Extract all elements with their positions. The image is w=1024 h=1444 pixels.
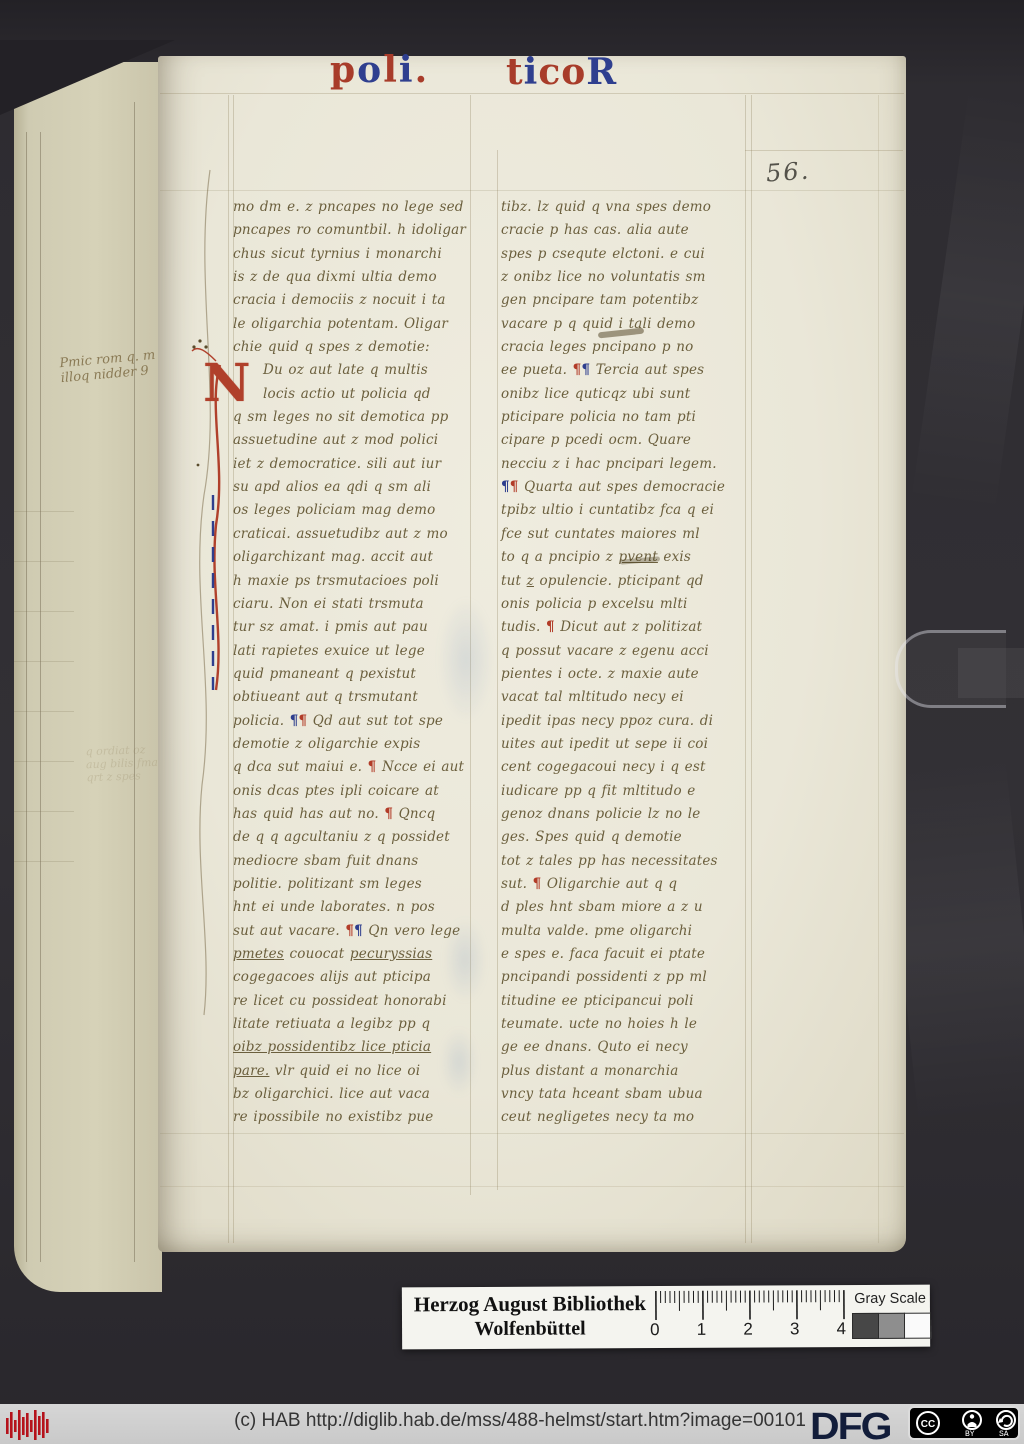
ruling-line bbox=[160, 1186, 904, 1187]
manuscript-line: le oligarchia potentam. Oligar bbox=[233, 313, 473, 336]
rubric-letter: . bbox=[415, 52, 428, 88]
ruling-line bbox=[878, 95, 879, 1243]
manuscript-line: obtiueant aut q trsmutant bbox=[233, 686, 473, 709]
manuscript-line: fce sut cuntates maiores ml bbox=[501, 523, 753, 546]
manuscript-line: is z de qua dixmi ultia demo bbox=[233, 266, 473, 289]
text-column-right: tibz. lz quid q vna spes democracie p ha… bbox=[501, 196, 753, 1130]
book-page-stack-edge bbox=[14, 62, 162, 1292]
institution-line1: Herzog August Bibliothek bbox=[408, 1291, 652, 1317]
manuscript-line: mo dm e. z pncapes no lege sed bbox=[233, 196, 473, 219]
rubric-letter: o bbox=[357, 52, 381, 88]
faint-marginal-note: q ordiat ozaug bilis fmaqrt z spes bbox=[85, 743, 158, 784]
manuscript-line: os leges policiam mag demo bbox=[233, 499, 473, 522]
manuscript-line: iet z democratice. sili aut iur bbox=[233, 453, 473, 476]
manuscript-line: sut. ¶ Oligarchie aut q q bbox=[501, 873, 753, 896]
hab-barcode-logo bbox=[5, 1408, 51, 1442]
manuscript-line: gen pncipare tam potentibz bbox=[501, 289, 753, 312]
running-title-right: ticoR bbox=[506, 54, 616, 90]
rubric-letter: t bbox=[506, 54, 523, 90]
manuscript-line: z onibz lice no voluntatis sm bbox=[501, 266, 753, 289]
marginal-note-line: aug bilis fma bbox=[86, 756, 158, 772]
manuscript-line: pientes i octe. z maxie aute bbox=[501, 663, 753, 686]
institution-label: Herzog August Bibliothek Wolfenbüttel bbox=[408, 1291, 652, 1341]
manuscript-line: hnt ei unde laborates. n pos bbox=[233, 896, 473, 919]
manuscript-line: craticai. assuetudibz aut z mo bbox=[233, 523, 473, 546]
manuscript-line: vncy tata hceant sbam ubua bbox=[501, 1083, 753, 1106]
manuscript-line: cracia i demociis z nocuit i ta bbox=[233, 289, 473, 312]
manuscript-line: Du oz aut late q multis bbox=[263, 359, 473, 382]
by-person-icon bbox=[963, 1411, 981, 1429]
manuscript-line: uites aut ipedit ut sepe ii coi bbox=[501, 733, 753, 756]
manuscript-line: ee pueta. ¶¶ Tercia aut spes bbox=[501, 359, 753, 382]
showthrough-ruling bbox=[14, 462, 74, 862]
marginal-note-line: qrt z spes bbox=[86, 769, 158, 785]
manuscript-line: pare. vlr quid ei no lice oi bbox=[233, 1060, 473, 1083]
manuscript-line: pncapes ro comuntbil. h idoligar bbox=[233, 219, 473, 242]
rubric-letter: p bbox=[330, 52, 355, 88]
manuscript-line: oligarchizant mag. accit aut bbox=[233, 546, 473, 569]
page-holder-clip bbox=[895, 630, 1006, 708]
manuscript-line: policia. ¶¶ Qd aut sut tot spe bbox=[233, 710, 473, 733]
rubric-letter: c bbox=[538, 54, 560, 90]
manuscript-line: d ples hnt sbam miore a z u bbox=[501, 896, 753, 919]
ink-stain bbox=[442, 1030, 476, 1094]
ruler-number: 4 bbox=[837, 1319, 847, 1339]
text-column-left: mo dm e. z pncapes no lege sedpncapes ro… bbox=[233, 196, 473, 1130]
manuscript-line: iudicare pp q fit mltitudo e bbox=[501, 780, 753, 803]
manuscript-line: cogegacoes alijs aut pticipa bbox=[233, 966, 473, 989]
manuscript-line: demotie z oligarchie expis bbox=[233, 733, 473, 756]
institution-line2: Wolfenbüttel bbox=[408, 1316, 652, 1341]
rubric-letter: i bbox=[524, 54, 538, 90]
gray-scale-swatches bbox=[852, 1313, 931, 1339]
manuscript-line: de q q agcultaniu z q possidet bbox=[233, 826, 473, 849]
rubric-letter: R bbox=[586, 54, 616, 90]
ruler-number: 0 bbox=[650, 1320, 660, 1340]
manuscript-line: ipedit ipas necy ppoz cura. di bbox=[501, 710, 753, 733]
manuscript-line: e spes e. faca facuit ei ptate bbox=[501, 943, 753, 966]
ink-stain bbox=[440, 600, 492, 720]
scale-label-bar: Herzog August Bibliothek Wolfenbüttel 01… bbox=[402, 1285, 930, 1350]
manuscript-line: teumate. ucte no hoies h le bbox=[501, 1013, 753, 1036]
ruler-number: 3 bbox=[790, 1319, 800, 1339]
manuscript-line: mediocre sbam fuit dnans bbox=[233, 850, 473, 873]
sa-label: SA bbox=[999, 1430, 1009, 1439]
manuscript-line: quid pmaneant q pexistut bbox=[233, 663, 473, 686]
manuscript-line: assuetudine aut z mod polici bbox=[233, 429, 473, 452]
manuscript-line: ge ee dnans. Quto ei necy bbox=[501, 1036, 753, 1059]
gray-scale-label: Gray Scale bbox=[850, 1291, 926, 1307]
manuscript-line: ges. Spes quid q demotie bbox=[501, 826, 753, 849]
manuscript-line: tut z opulencie. pticipant qd bbox=[501, 570, 753, 593]
ruling-line bbox=[497, 150, 498, 1190]
manuscript-line: q dca sut maiui e. ¶ Ncce ei aut bbox=[233, 756, 473, 779]
manuscript-line: re ipossibile no existibz pue bbox=[233, 1106, 473, 1129]
ruling-line bbox=[160, 1133, 904, 1134]
ruler-numbers: 01234 bbox=[650, 1319, 846, 1340]
rubric-letter: o bbox=[561, 54, 585, 90]
ruler-number: 2 bbox=[743, 1320, 753, 1340]
rubric-letter: l bbox=[383, 52, 397, 88]
ruling-line bbox=[160, 190, 904, 191]
ruling-line bbox=[745, 150, 903, 151]
manuscript-line: onis dcas ptes ipli coicare at bbox=[233, 780, 473, 803]
manuscript-line: su apd alios ea qdi q sm ali bbox=[233, 476, 473, 499]
page-edge-line bbox=[134, 102, 135, 1262]
light-streak bbox=[911, 86, 1024, 514]
manuscript-line: titudine ee pticipancui poli bbox=[501, 990, 753, 1013]
manuscript-line: locis actio ut policia qd bbox=[263, 383, 473, 406]
gray-swatch-mid bbox=[879, 1313, 905, 1339]
manuscript-line: onis policia p excelsu mlti bbox=[501, 593, 753, 616]
manuscript-line: litate retiuata a legibz pp q bbox=[233, 1013, 473, 1036]
manuscript-line: tot z tales pp has necessitates bbox=[501, 850, 753, 873]
manuscript-line: pticipare policia no tam pti bbox=[501, 406, 753, 429]
manuscript-line: pmetes couocat pecuryssias bbox=[233, 943, 473, 966]
gray-swatch-dark bbox=[852, 1313, 879, 1339]
ink-stain bbox=[445, 920, 485, 1000]
manuscript-line: chie quid q spes z demotie: bbox=[233, 336, 473, 359]
manuscript-line: necciu z i hac pncipari legem. bbox=[501, 453, 753, 476]
copyright-text: (c) HAB http://diglib.hab.de/mss/488-hel… bbox=[190, 1410, 850, 1432]
manuscript-line: has quid has aut no. ¶ Qncq bbox=[233, 803, 473, 826]
manuscript-line: cent cogegacoui necy i q est bbox=[501, 756, 753, 779]
svg-text:CC: CC bbox=[921, 1419, 935, 1430]
rubric-letter: i bbox=[399, 52, 413, 88]
running-title-left: poli. bbox=[330, 52, 427, 88]
manuscript-line: tur sz amat. i pmis aut pau bbox=[233, 616, 473, 639]
manuscript-line: spes p csequte elctoni. e cui bbox=[501, 243, 753, 266]
cc-by-sa-badge: CC BY SA bbox=[908, 1406, 1020, 1440]
manuscript-line: ceut negligetes necy ta mo bbox=[501, 1106, 753, 1129]
ruler-number: 1 bbox=[697, 1320, 707, 1340]
manuscript-line: chus sicut tyrnius i monarchi bbox=[233, 243, 473, 266]
manuscript-line: tibz. lz quid q vna spes demo bbox=[501, 196, 753, 219]
manuscript-line: ¶¶ Quarta aut spes democracie bbox=[501, 476, 753, 499]
cm-ruler bbox=[652, 1289, 852, 1322]
manuscript-line: politie. politizant sm leges bbox=[233, 873, 473, 896]
folio-number: 56. bbox=[765, 156, 811, 187]
manuscript-line: multa valde. pme oligarchi bbox=[501, 920, 753, 943]
manuscript-line: tpibz ultio i cuntatibz fca q ei bbox=[501, 499, 753, 522]
manuscript-line: onibz lice quticqz ubi sunt bbox=[501, 383, 753, 406]
sa-arrow-icon bbox=[997, 1411, 1015, 1429]
manuscript-line: q sm leges no sit demotica pp bbox=[233, 406, 473, 429]
manuscript-line: q possut vacare z egenu acci bbox=[501, 640, 753, 663]
manuscript-line: cipare p pcedi ocm. Quare bbox=[501, 429, 753, 452]
pen-flourish bbox=[180, 165, 240, 1025]
manuscript-line: vacat tal mltitudo necy ei bbox=[501, 686, 753, 709]
manuscript-line: to q a pncipio z pvent exis bbox=[501, 546, 753, 569]
manuscript-photo: poli. ticoR 56. Pmic rom q. milloq nidde… bbox=[0, 0, 1024, 1444]
manuscript-line: pncipandi possidenti z pp ml bbox=[501, 966, 753, 989]
gray-swatch-white bbox=[905, 1313, 931, 1339]
manuscript-line: plus distant a monarchia bbox=[501, 1060, 753, 1083]
ruling-line bbox=[160, 93, 904, 94]
manuscript-line: ciaru. Non ei stati trsmuta bbox=[233, 593, 473, 616]
manuscript-line: lati rapietes exuice ut lege bbox=[233, 640, 473, 663]
manuscript-line: re licet cu possideat honorabi bbox=[233, 990, 473, 1013]
manuscript-line: cracie p has cas. alia aute bbox=[501, 219, 753, 242]
manuscript-line: oibz possidentibz lice pticia bbox=[233, 1036, 473, 1059]
dfg-logo: DFG bbox=[810, 1405, 891, 1444]
by-label: BY bbox=[965, 1430, 975, 1439]
manuscript-line: tudis. ¶ Dicut aut z politizat bbox=[501, 616, 753, 639]
manuscript-line: sut aut vacare. ¶¶ Qn vero lege bbox=[233, 920, 473, 943]
manuscript-line: genoz dnans policie lz no le bbox=[501, 803, 753, 826]
manuscript-line: cracia leges pncipano p no bbox=[501, 336, 753, 359]
manuscript-line: bz oligarchici. lice aut vaca bbox=[233, 1083, 473, 1106]
manuscript-line: h maxie ps trsmutacioes poli bbox=[233, 570, 473, 593]
